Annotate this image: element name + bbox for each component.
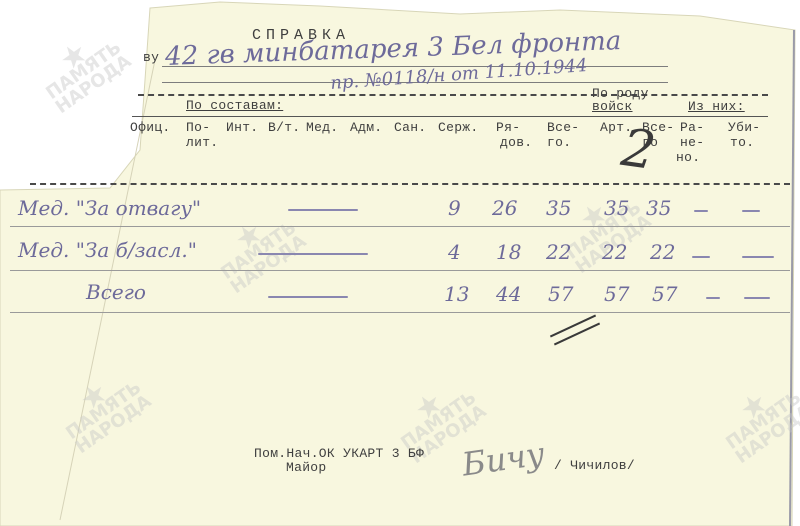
- cell-vsego: 22: [546, 240, 571, 264]
- cell-art: 22: [602, 240, 627, 264]
- column-header: Мед.: [306, 120, 338, 135]
- column-header: дов.: [500, 135, 532, 150]
- row-dash: [268, 296, 348, 298]
- cell-vsego2: 57: [652, 282, 677, 306]
- dashed-separator: [138, 94, 768, 96]
- column-header: Офиц.: [130, 120, 171, 135]
- cell-serzh: 13: [444, 282, 469, 306]
- row-rule: [10, 270, 790, 271]
- row-dash: [288, 209, 358, 211]
- row-rule: [10, 226, 790, 227]
- row-label: Мед. "За отвагу": [18, 196, 201, 220]
- signatory-rank: Майор: [286, 460, 327, 475]
- column-header: то.: [730, 135, 754, 150]
- cell-ryadov: 44: [496, 282, 521, 306]
- column-header: Все-: [642, 120, 674, 135]
- cell-vsego2: 22: [650, 240, 675, 264]
- column-header: Адм.: [350, 120, 382, 135]
- cell-raneno: [694, 210, 708, 212]
- column-header: В/т.: [268, 120, 300, 135]
- group-header-of-them: Из них:: [688, 99, 745, 114]
- column-header: По-: [186, 120, 210, 135]
- cell-raneno: [692, 256, 710, 258]
- row-dash: [258, 253, 368, 255]
- cell-ubito: [744, 297, 770, 299]
- signatory-position: Пом.Нач.ОК УКАРТ 3 БФ: [254, 446, 424, 461]
- column-header: Ра-: [680, 120, 704, 135]
- row-rule: [10, 312, 790, 313]
- column-header: Все-: [547, 120, 579, 135]
- cell-vsego: 57: [548, 282, 573, 306]
- column-header: го: [642, 135, 658, 150]
- row-label: Мед. "За б/засл.": [18, 238, 197, 262]
- row-label: Всего: [86, 280, 146, 304]
- cell-serzh: 9: [448, 196, 461, 220]
- column-header: го.: [547, 135, 571, 150]
- cell-serzh: 4: [448, 240, 461, 264]
- header-label: ву: [143, 50, 159, 65]
- column-header: Ря-: [496, 120, 520, 135]
- cell-raneno: [706, 297, 720, 299]
- signatory-name: / Чичилов/: [554, 458, 635, 473]
- column-header: не-: [680, 135, 704, 150]
- column-header: Сан.: [394, 120, 426, 135]
- column-header: Арт.: [600, 120, 632, 135]
- cell-ryadov: 18: [496, 240, 521, 264]
- column-header: лит.: [186, 135, 218, 150]
- cell-ubito: [742, 210, 760, 212]
- column-header: Уби-: [728, 120, 760, 135]
- column-header: Инт.: [226, 120, 258, 135]
- group-header-by-composition: По составам:: [186, 98, 283, 113]
- cell-ubito: [742, 256, 774, 258]
- cell-ryadov: 26: [492, 196, 517, 220]
- document-page: ★ПАМЯТЬНАРОДА ★ПАМЯТЬНАРОДА ★ПАМЯТЬНАРОД…: [0, 0, 800, 526]
- cell-art: 35: [604, 196, 629, 220]
- dashed-separator: [30, 183, 790, 185]
- group-header-branch-line2: войск: [592, 99, 633, 114]
- header-rule: [132, 116, 768, 117]
- cell-vsego: 35: [546, 196, 571, 220]
- cell-art: 57: [604, 282, 629, 306]
- cell-vsego2: 35: [646, 196, 671, 220]
- column-header: но.: [676, 150, 700, 165]
- column-header: Серж.: [438, 120, 479, 135]
